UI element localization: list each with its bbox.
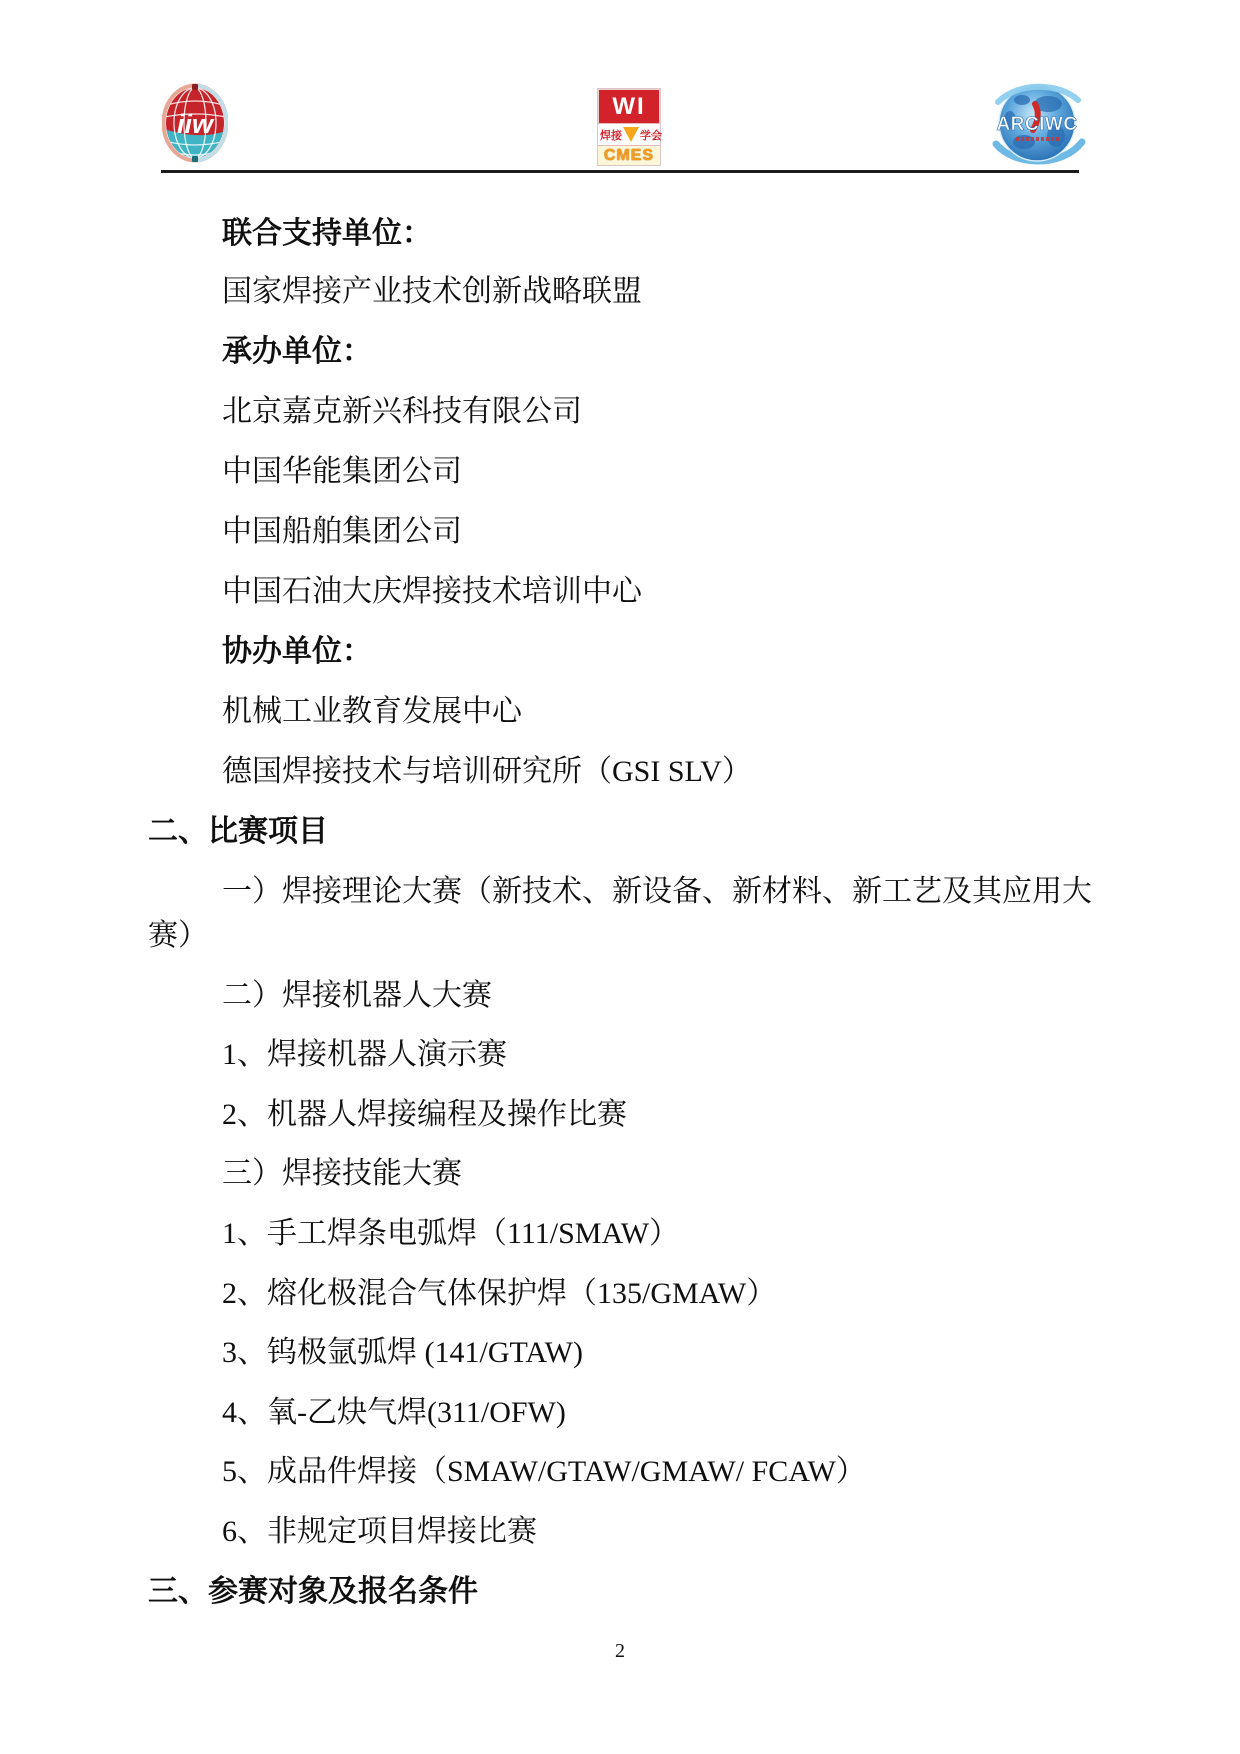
- item-robot-programming: 2、机器人焊接编程及操作比赛: [222, 1085, 627, 1145]
- item-smaw: 1、手工焊条电弧焊（111/SMAW）: [222, 1204, 679, 1264]
- item-theory-competition-line1: 一）焊接理论大赛（新技术、新设备、新材料、新工艺及其应用大: [222, 862, 1092, 922]
- org-national-welding-alliance: 国家焊接产业技术创新战略联盟: [222, 262, 642, 322]
- item-gmaw: 2、熔化极混合气体保护焊（135/GMAW）: [222, 1264, 776, 1324]
- cmes-logo-v-icon: [623, 127, 639, 142]
- item-robot-competition: 二）焊接机器人大赛: [222, 966, 492, 1026]
- item-robot-demo: 1、焊接机器人演示赛: [222, 1025, 507, 1085]
- item-gtaw: 3、钨极氩弧焊 (141/GTAW): [222, 1323, 583, 1383]
- document-page: iiw WI 焊接 学会 CMES ARCIWC: [0, 0, 1240, 1754]
- org-china-huaneng: 中国华能集团公司: [222, 442, 462, 502]
- org-cnpc-daqing-center: 中国石油大庆焊接技术培训中心: [222, 562, 642, 622]
- item-finished-parts-welding: 5、成品件焊接（SMAW/GTAW/GMAW/ FCAW）: [222, 1442, 866, 1502]
- org-machinery-education-center: 机械工业教育发展中心: [222, 682, 522, 742]
- heading-organizers: 承办单位：: [222, 322, 372, 382]
- section-3-heading: 三、参赛对象及报名条件: [148, 1562, 478, 1622]
- heading-joint-support-units: 联合支持单位：: [222, 204, 432, 264]
- org-beijing-jiake: 北京嘉克新兴科技有限公司: [222, 382, 582, 442]
- org-china-shipbuilding: 中国船舶集团公司: [222, 502, 462, 562]
- cmes-logo-hanjie: 焊接: [600, 127, 622, 143]
- iiw-logo-text: iiw: [177, 109, 215, 139]
- section-2-heading: 二、比赛项目: [148, 802, 328, 862]
- item-skills-competition: 三）焊接技能大赛: [222, 1144, 462, 1204]
- header-divider-line: [161, 170, 1079, 173]
- arciwc-logo-icon: ARCIWC: [986, 80, 1088, 166]
- arciwc-logo-text: ARCIWC: [996, 114, 1077, 135]
- cmes-logo-xuehui: 学会: [640, 127, 662, 143]
- item-ofw: 4、氧-乙炔气焊(311/OFW): [222, 1383, 566, 1443]
- cmes-logo-name: CMES: [598, 146, 660, 165]
- page-number: 2: [0, 1631, 1240, 1671]
- item-unspecified-welding: 6、非规定项目焊接比赛: [222, 1502, 537, 1562]
- iiw-logo-icon: iiw: [162, 83, 228, 163]
- org-gsi-slv: 德国焊接技术与培训研究所（GSI SLV）: [222, 742, 752, 802]
- cmes-logo-icon: WI 焊接 学会 CMES: [597, 88, 661, 166]
- cmes-logo-wi: WI: [598, 89, 660, 123]
- heading-co-organizers: 协办单位：: [222, 622, 372, 682]
- item-theory-competition-line2: 赛）: [148, 906, 208, 966]
